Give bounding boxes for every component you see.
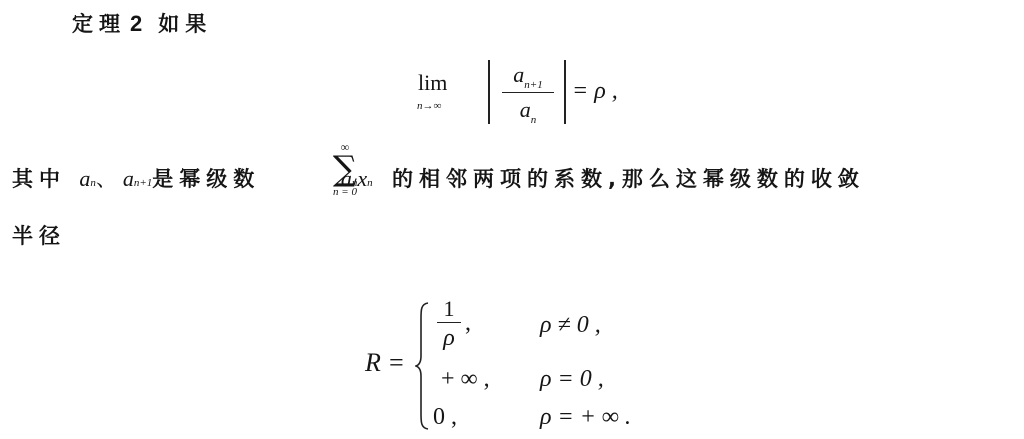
abs-bar-right [564, 60, 566, 124]
paragraph-line-1: 其中 an、an+1是幂级数 anxn 的相邻两项的系数,那么这幂级数的收敛 [12, 163, 865, 193]
case-3-condition: ρ = + ∞ . [540, 404, 631, 431]
case-1-denominator: ρ [437, 325, 461, 352]
paragraph-line-2: 半径 [12, 220, 66, 250]
case-1-value: 1 ρ [437, 296, 461, 352]
case-1-comma: , [465, 310, 471, 337]
theorem-heading: 定理2如果 [72, 8, 212, 38]
abs-bar-left [488, 60, 490, 124]
coef-an1-sub: n+1 [134, 177, 152, 189]
fraction-line [437, 322, 461, 323]
case-1-numerator: 1 [437, 296, 461, 322]
limit-result: = ρ , [572, 78, 618, 105]
theorem-label: 定理 [72, 12, 126, 36]
coef-an: a [79, 166, 90, 191]
coef-an1: a [123, 166, 134, 191]
sum-lower-limit: n = 0 [323, 186, 367, 198]
numerator: a [513, 62, 524, 87]
theorem-intro: 如果 [158, 12, 212, 36]
theorem-number: 2 [130, 11, 142, 36]
denominator: a [520, 97, 531, 122]
radius-piecewise: R = 1 ρ , ρ ≠ 0 , + ∞ , ρ = 0 , 0 , ρ = … [365, 296, 685, 436]
separator: 、 [96, 167, 123, 191]
case-3-value: 0 , [433, 404, 457, 431]
ratio-fraction: an+1 an [502, 62, 554, 126]
lim-operator: lim [418, 70, 447, 96]
text-segment: 的相邻两项的系数,那么这幂级数的收敛 [392, 167, 865, 191]
case-2-value: + ∞ , [441, 366, 490, 393]
fraction-line [502, 92, 554, 93]
summation: ∞ ∑ n = 0 [323, 140, 367, 198]
sigma-icon: ∑ [323, 152, 367, 186]
piecewise-lhs: R = [365, 348, 405, 378]
text-segment: 其中 [12, 167, 66, 191]
text-segment: 是幂级数 [152, 167, 260, 191]
case-1-condition: ρ ≠ 0 , [540, 312, 601, 339]
case-2-condition: ρ = 0 , [540, 366, 604, 393]
denominator-sub: n [531, 114, 537, 126]
lim-subscript: n→∞ [417, 100, 441, 112]
term-x-sup: n [367, 177, 379, 189]
left-brace-icon [415, 302, 429, 430]
numerator-sub: n+1 [524, 79, 542, 91]
